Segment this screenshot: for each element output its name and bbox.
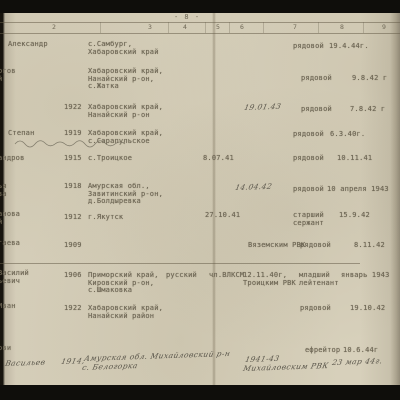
row-1-name: Александр: [8, 41, 48, 49]
row-7-rank: старший сержант: [293, 212, 324, 227]
row-2-rank: рядовой: [301, 75, 332, 83]
row-12-date: 23 мар 44г.: [331, 357, 383, 367]
column-number: 7: [293, 23, 297, 31]
row-10-year: 1922: [64, 305, 82, 313]
row-2-date: 9.8.42 г: [352, 75, 387, 83]
letterbox-bottom: [0, 385, 400, 400]
row-5-rank: рядовой: [293, 155, 324, 163]
row-3-year: 1922: [64, 104, 82, 112]
column-separator: [263, 22, 264, 33]
row-7-date: 15.9.42: [339, 212, 370, 220]
row-3-rank: рядовой: [301, 106, 332, 114]
column-separator: [229, 22, 230, 33]
row-8-year: 1909: [64, 242, 82, 250]
row-9-nationality: русский: [166, 272, 197, 280]
page-number: - 8 -: [174, 13, 200, 21]
row-5-year: 1915: [64, 155, 82, 163]
row-8-drafted-by: Вяземским РВК: [248, 242, 305, 250]
row-12-drafted-by: 1941-43 Михайловским РВК: [242, 353, 331, 373]
row-10-name: Иван: [0, 303, 16, 311]
row-6-handwritten-date: 14.04.42: [234, 183, 273, 193]
row-2-place: Хабаровский край, Нанайский р-он, с.Жатк…: [88, 68, 163, 91]
row-3-date: 7.8.42 г: [350, 106, 385, 114]
column-number: 9: [382, 23, 386, 31]
paper-background: [0, 13, 400, 385]
row-9-name: Василий ьевич: [0, 270, 29, 285]
row-12-name: Васильев: [4, 359, 46, 369]
row-5-date: 10.11.41: [337, 155, 372, 163]
row-11-name: ови: [0, 345, 11, 353]
column-number: 8: [340, 23, 344, 31]
column-separator: [363, 22, 364, 33]
row-6-place: Амурская обл., Завитинский р-он, д.Болды…: [88, 183, 163, 206]
row-9-date: январь 1943: [341, 272, 390, 280]
row-7-year: 1912: [64, 214, 82, 222]
row-3-handwritten-date: 19.01.43: [243, 103, 282, 113]
column-number: 4: [183, 23, 187, 31]
scanned-document-page: - 8 - 2 3 4 5 6 7 8 9 Александр с.Самбур…: [0, 0, 400, 400]
row-8-name: гаева: [0, 240, 20, 248]
row-3-place: Хабаровский край, Нанайский р-он: [88, 104, 163, 119]
column-number: 5: [216, 23, 220, 31]
row-1-rank: рядовой: [293, 43, 324, 51]
row-9-drafted-by: 12.11.40г, Троицким РВК: [243, 272, 296, 287]
row-6-year: 1918: [64, 183, 82, 191]
row-2-name: ргов й: [0, 68, 16, 83]
row-8-date: 8.11.42: [354, 242, 385, 250]
row-9-party: чл.ВЛКСМ: [209, 272, 244, 280]
row-1-place: с.Самбург, Хабаровский край: [88, 41, 159, 56]
column-separator: [100, 22, 101, 33]
column-number: 3: [148, 23, 152, 31]
column-separator: [168, 22, 169, 33]
column-number: 2: [52, 23, 56, 31]
page-fold-crease: [212, 13, 216, 385]
row-5-place: с.Троицкое: [88, 155, 132, 163]
row-7-place: г.Якутск: [88, 214, 123, 222]
row-10-rank: рядовой: [300, 305, 331, 313]
row-9-rank: младший лейтенант: [299, 272, 339, 287]
column-number: 6: [240, 23, 244, 31]
row-4-name: Степан: [8, 130, 35, 138]
row-6-rank: рядовой: [293, 186, 324, 194]
row-6-date: 10 апреля 1943: [327, 186, 389, 194]
row-7-name: анова й: [0, 211, 20, 226]
row-10-date: 19.10.42: [350, 305, 385, 313]
column-separator: [205, 22, 206, 33]
row-4-rank: рядовой: [293, 131, 324, 139]
section-divider-rule: [0, 263, 360, 264]
row-7-report-date: 27.10.41: [205, 212, 240, 220]
row-4-date: 6.3.40г.: [330, 131, 365, 139]
column-separator: [318, 22, 319, 33]
row-11-date: 10.6.44г: [343, 347, 378, 355]
row-10-place: Хабаровский край, Нанайский район: [88, 305, 163, 320]
table-header-rule-bottom: [0, 33, 400, 34]
row-9-place: Приморский край, Кировский р-он, с.Шмако…: [88, 272, 159, 295]
row-5-name: андров: [0, 155, 25, 163]
row-6-name: ья ва: [0, 183, 7, 198]
row-1-date: 19.4.44г.: [329, 43, 369, 51]
row-8-rank: рядовой: [300, 242, 331, 250]
row-9-year: 1906: [64, 272, 82, 280]
page-right-edge-shadow: [390, 13, 400, 385]
row-4-year: 1919: [64, 130, 82, 138]
row-4-place: Хабаровский край, с.Сарапульское: [88, 130, 163, 145]
letterbox-top: [0, 0, 400, 13]
row-5-report-date: 8.07.41: [203, 155, 234, 163]
